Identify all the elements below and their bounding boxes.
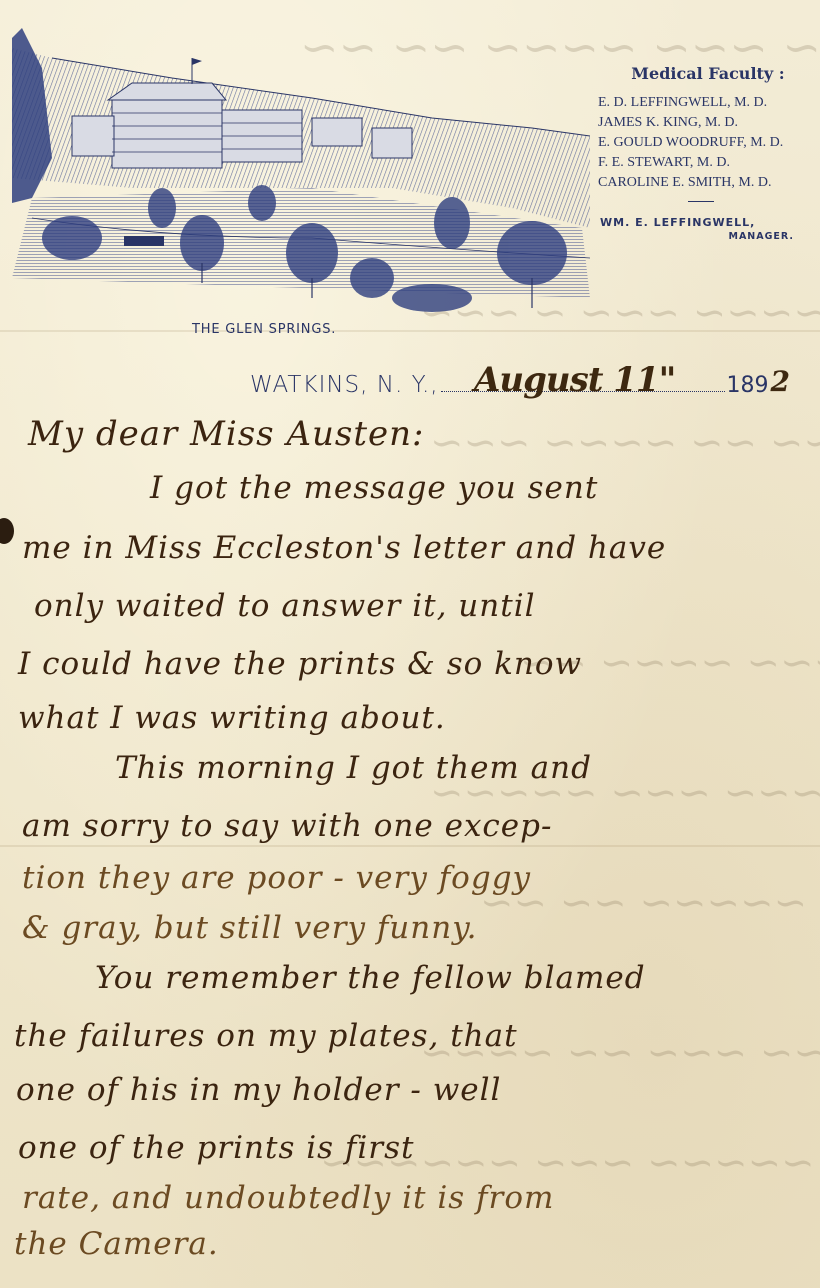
letter-line: only waited to answer it, until bbox=[34, 588, 536, 624]
letter-line: This morning I got them and bbox=[115, 750, 592, 786]
handwritten-date: August 11" bbox=[474, 360, 675, 400]
letter-line: You remember the fellow blamed bbox=[95, 960, 646, 996]
letter-line: rate, and undoubtedly it is from bbox=[22, 1180, 554, 1216]
faculty-member: F. E. STEWART, M. D. bbox=[598, 153, 808, 173]
manager-name: WM. E. LEFFINGWELL, bbox=[600, 216, 808, 229]
faculty-member: CAROLINE E. SMITH, M. D. bbox=[598, 173, 808, 193]
bleed-through-text: ~~~ ~~ ~~~~ ~~~ bbox=[430, 420, 820, 466]
letter-line: I got the message you sent bbox=[150, 470, 598, 506]
glen-springs-engraving-illustration bbox=[12, 28, 590, 320]
printed-year-prefix: 189 bbox=[727, 373, 769, 398]
salutation: My dear Miss Austen: bbox=[28, 414, 424, 454]
letter-line: am sorry to say with one excep- bbox=[22, 808, 552, 844]
ink-blot bbox=[0, 518, 14, 544]
dateline-place: WATKINS, N. Y., bbox=[250, 372, 439, 398]
manager-title: MANAGER. bbox=[598, 231, 794, 242]
faculty-member: E. GOULD WOODRUFF, M. D. bbox=[598, 133, 808, 153]
medical-faculty-block: Medical Faculty : E. D. LEFFINGWELL, M. … bbox=[598, 64, 808, 242]
letter-line: tion they are poor - very foggy bbox=[22, 860, 531, 896]
letter-line: the Camera. bbox=[14, 1226, 219, 1262]
faculty-list: E. D. LEFFINGWELL, M. D. JAMES K. KING, … bbox=[598, 93, 808, 193]
engraving-caption: THE GLEN SPRINGS. bbox=[192, 322, 336, 337]
paper-fold bbox=[0, 845, 820, 847]
letter-line: me in Miss Eccleston's letter and have bbox=[22, 530, 666, 566]
faculty-member: E. D. LEFFINGWELL, M. D. bbox=[598, 93, 808, 113]
letter-line: & gray, but still very funny. bbox=[22, 910, 477, 946]
letter-line: the failures on my plates, that bbox=[14, 1018, 518, 1054]
faculty-title: Medical Faculty : bbox=[608, 64, 808, 83]
letter-line: I could have the prints & so know bbox=[18, 646, 582, 682]
letter-line: one of his in my holder - well bbox=[16, 1072, 501, 1108]
letter-page: ~~~ ~~ ~~~ ~~~~ ~~ ~~ ~~~~~ ~~~ ~ ~~~ ~~… bbox=[0, 0, 820, 1288]
letter-line: what I was writing about. bbox=[18, 700, 446, 736]
faculty-member: JAMES K. KING, M. D. bbox=[598, 113, 808, 133]
dateline: WATKINS, N. Y., August 11" 189 2 bbox=[250, 358, 790, 398]
handwritten-year-digit: 2 bbox=[771, 365, 790, 398]
letter-line: one of the prints is first bbox=[18, 1130, 414, 1166]
divider bbox=[688, 201, 714, 202]
